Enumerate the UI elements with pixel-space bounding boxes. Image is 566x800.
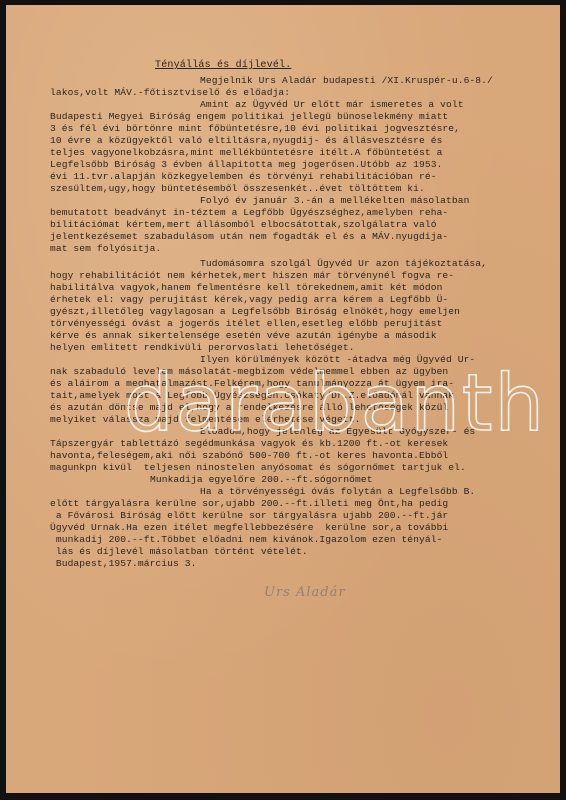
text-line: Budapesti Megyei Biróság engem politikai… (50, 111, 448, 122)
text-line: munkadij 200.--ft.Többet előadni nem kiv… (50, 534, 442, 545)
text-line: a Fővárosi Biróság előtt kerülne sor tár… (50, 510, 448, 521)
text-line: előtt tárgyalásra kerülne sor,ujabb 200.… (50, 498, 448, 509)
text-line: lás és díjlevél másolatban történt vétel… (50, 546, 308, 557)
text-line: szesültem,ugy,hogy büntetésemből összese… (50, 183, 425, 194)
text-line: Budapest,1957.március 3. (50, 558, 196, 569)
text-line: 3 és fél évi börtönre mint főbüntetésre,… (50, 123, 460, 134)
text-line: lakos,volt MÁV.-főtisztviselő és előadja… (50, 87, 290, 98)
text-line: teljes vagyonelkobzásra,mint mellékbünte… (50, 147, 442, 158)
text-line: 10 évre a közügyektől való eltiltásra,ny… (50, 135, 442, 146)
text-line: Amint az Ügyvéd Ur előtt már ismeretes a… (200, 99, 464, 110)
watermark: darabanth (124, 365, 546, 443)
handwritten-signature: Urs Aladár (264, 585, 346, 600)
text-line: gyészt,illetőleg vagylagosan a Legfelsőb… (50, 306, 460, 317)
document-page: Tényállás és díjlevél. Megjelnik Urs Ala… (6, 5, 560, 793)
text-line: Folyó év január 3.-án a mellékelten máso… (200, 195, 469, 206)
text-line: Ügyvéd Urnak.Ha ezen itélet megfellebbez… (50, 522, 448, 533)
text-line: mat sem folyósitja. (50, 243, 161, 254)
text-line: habilitálva vagyok,hanem felmentésre kel… (50, 282, 442, 293)
document-title: Tényállás és díjlevél. (155, 60, 291, 71)
text-line: bilitációmat kértem,mert állásomból elbo… (50, 219, 437, 230)
text-line: Megjelnik Urs Aladár budapesti /XI.Krusp… (200, 75, 493, 86)
text-line: Munkadija egyelőre 200.--ft.sógornőmet (150, 474, 373, 485)
text-line: érhetek el: vagy perujitást kérek,vagy p… (50, 294, 448, 305)
text-line: bemutatott beadványt in-téztem a Legfőbb… (50, 207, 448, 218)
text-line: jelentkezésemet szabadulásom után nem fo… (50, 231, 448, 242)
text-line: hogy rehabilitációt nem kérhetek,mert hi… (50, 270, 454, 281)
text-line: Ha a törvényességi óvás folytán a Legfel… (200, 486, 475, 497)
text-line: havonta,feleségem,aki női szabónő 500-70… (50, 450, 448, 461)
text-line: Legfelsőbb Biróság 3 évben állapitotta m… (50, 159, 442, 170)
text-line: törvényességi óvást a jogerős itélet ell… (50, 318, 442, 329)
text-line: Tudomásomra szolgál Ügyvéd Ur azon tájék… (200, 258, 487, 269)
text-line: évi 11.tvr.alapján közkegyelemben és tör… (50, 171, 437, 182)
text-line: magunkpn kivül teljesen ninostelen anyós… (50, 462, 466, 473)
text-line: kérve és annak sikertelensége esetén vév… (50, 330, 437, 341)
text-line: helyen emlitett rendkivüli perorvoslati … (50, 342, 355, 353)
